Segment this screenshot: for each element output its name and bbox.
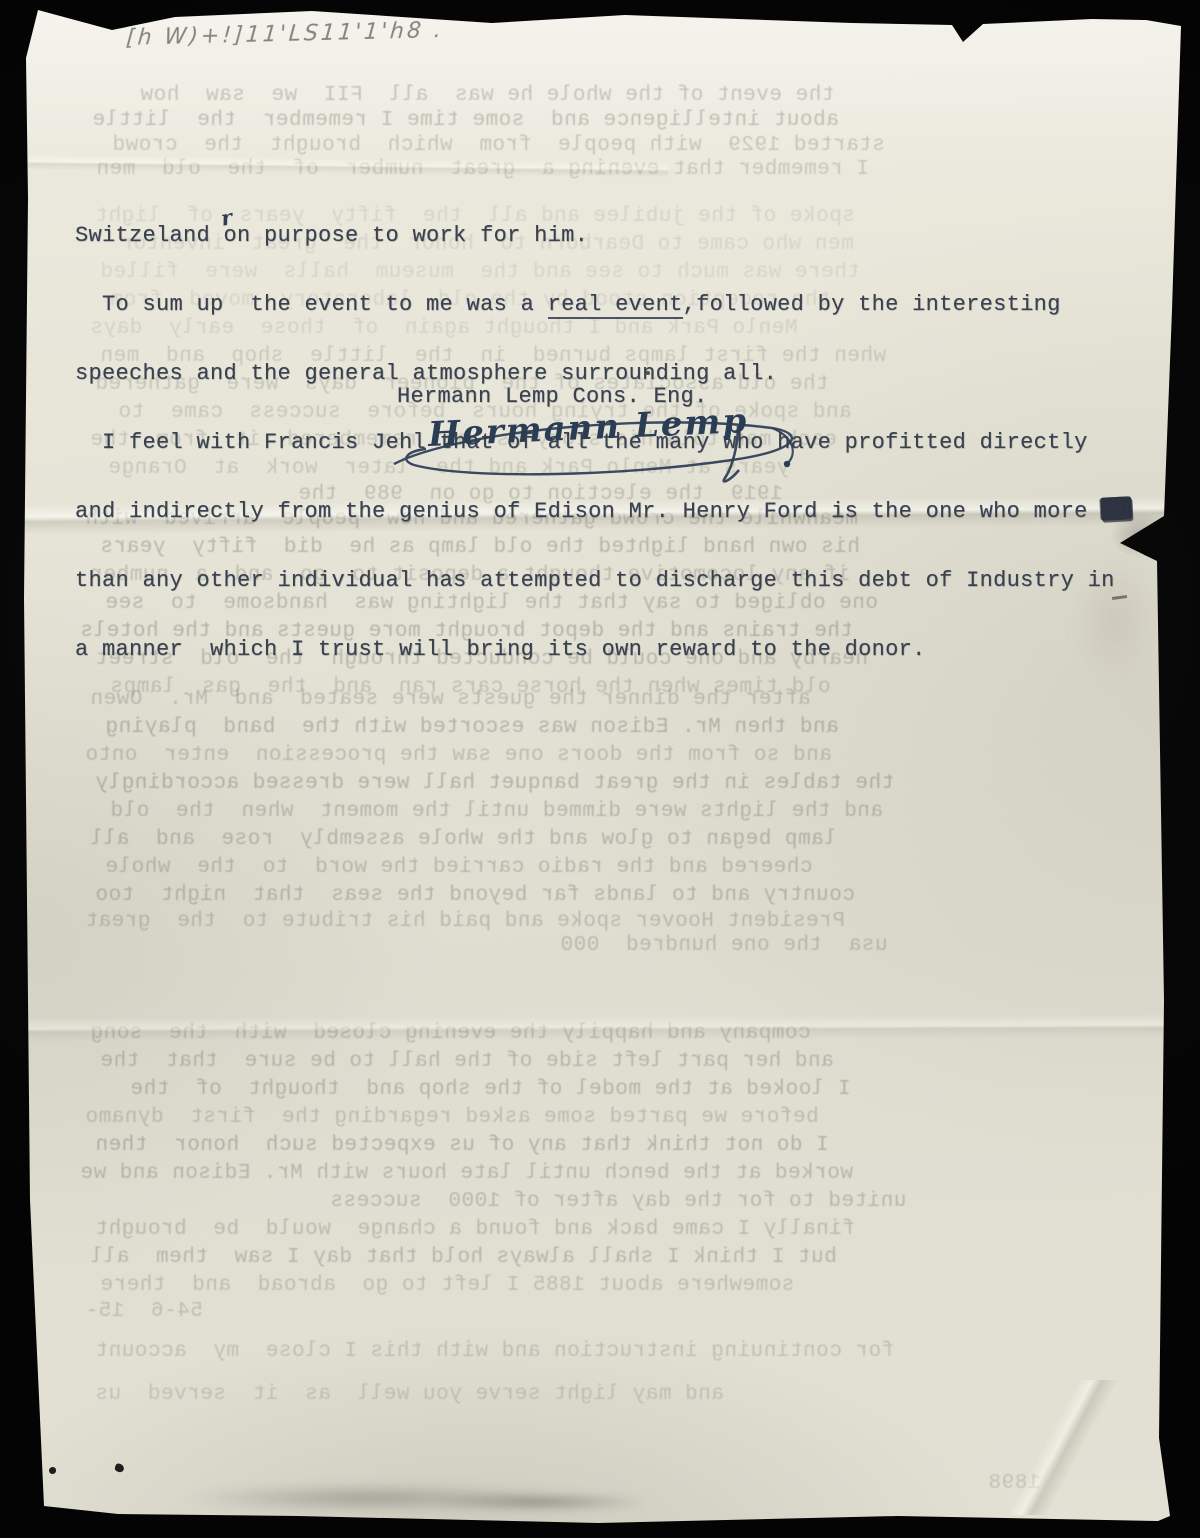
bleedthrough-line: President Hoover spoke and paid his trib… bbox=[85, 910, 845, 933]
ink-dot bbox=[49, 1467, 56, 1474]
body-line-6-text: than any other individual has attempted … bbox=[75, 568, 1115, 593]
bleedthrough-line: company and happily the evening closed w… bbox=[90, 1022, 811, 1045]
scan-background: the event of the whole he was all FII we… bbox=[0, 0, 1200, 1538]
bleedthrough-line: for continuing instruction and with this… bbox=[95, 1340, 894, 1363]
bleedthrough-line: I do not think that any of us expected s… bbox=[95, 1134, 829, 1157]
bleedthrough-line: but I think I shall always hold that day… bbox=[90, 1246, 837, 1269]
body-line-3-text: speeches and the general atmosphere surr… bbox=[75, 361, 777, 386]
body-line-2: To sum up the event to me was a real eve… bbox=[75, 293, 1132, 316]
letter-page: the event of the whole he was all FII we… bbox=[0, 0, 1200, 1538]
body-line-3: speeches and the general atmosphere surr… bbox=[75, 362, 1132, 385]
bleedthrough-line: and her part left side of the hall to be… bbox=[100, 1050, 834, 1073]
body-line-7: a manner which I trust will bring its ow… bbox=[75, 638, 1132, 661]
bleedthrough-line: and then Mr. Edison was escorted with th… bbox=[105, 716, 839, 739]
bleedthrough-line: 1898 bbox=[988, 1472, 1040, 1495]
bleedthrough-line: and so from the doors one saw the proces… bbox=[85, 744, 832, 767]
body-line-1-text: Switzeland on purpose to work for him. bbox=[75, 223, 588, 248]
bleedthrough-line: country and to lands far beyond the seas… bbox=[95, 884, 855, 907]
body-line-6: than any other individual has attempted … bbox=[75, 569, 1132, 592]
body-line-5-a: and indirectly from the genius of Edison… bbox=[75, 499, 1101, 524]
body-line-7-text: a manner which I trust will bring its ow… bbox=[75, 637, 926, 662]
underlined-phrase: real event bbox=[548, 292, 683, 319]
handwritten-signature: Hermann Lemp bbox=[386, 400, 822, 490]
bleedthrough-line: 54-6 15- bbox=[85, 1300, 203, 1323]
bleedthrough-line: cheered and the radio carried the word t… bbox=[105, 856, 813, 879]
bleedthrough-line: and the lights were dimmed until the mom… bbox=[110, 800, 883, 823]
bleedthrough-line: worked at the bench until late hours wit… bbox=[80, 1162, 853, 1185]
body-line-2-b: ,followed by the interesting bbox=[683, 292, 1061, 317]
bleedthrough-line: started 1929 with people from which brou… bbox=[112, 134, 885, 157]
bleedthrough-line: lamp began to glow and the whole assembl… bbox=[90, 828, 837, 851]
bleedthrough-line: somewhere about 1885 I left to go abroad… bbox=[100, 1274, 794, 1297]
bleedthrough-line: the event of the whole he was all FII we… bbox=[140, 84, 834, 107]
struck-out-letters: th bbox=[1100, 496, 1132, 521]
body-line-2-a: To sum up the event to me was a bbox=[75, 292, 548, 317]
body-line-5: and indirectly from the genius of Edison… bbox=[75, 500, 1132, 523]
bleedthrough-line: before we parted some asked regarding th… bbox=[85, 1106, 819, 1129]
body-line-1: Switzeland on purpose to work for him.r bbox=[75, 224, 1132, 247]
bleedthrough-line: usa the one hundred 000 bbox=[560, 934, 888, 957]
bleedthrough-line: finally I came back and found a change w… bbox=[95, 1218, 855, 1241]
bleedthrough-line: and may light serve you well as it serve… bbox=[95, 1383, 724, 1406]
ink-blob bbox=[784, 461, 790, 467]
bleedthrough-line: the tables in the great banquet hall wer… bbox=[95, 772, 894, 795]
bleedthrough-line: united to for the day after of 1000 succ… bbox=[330, 1190, 907, 1213]
bleedthrough-line: about intelligence and some time I remem… bbox=[92, 109, 839, 132]
bleedthrough-line: I looked at the model of the shop and th… bbox=[130, 1078, 851, 1101]
